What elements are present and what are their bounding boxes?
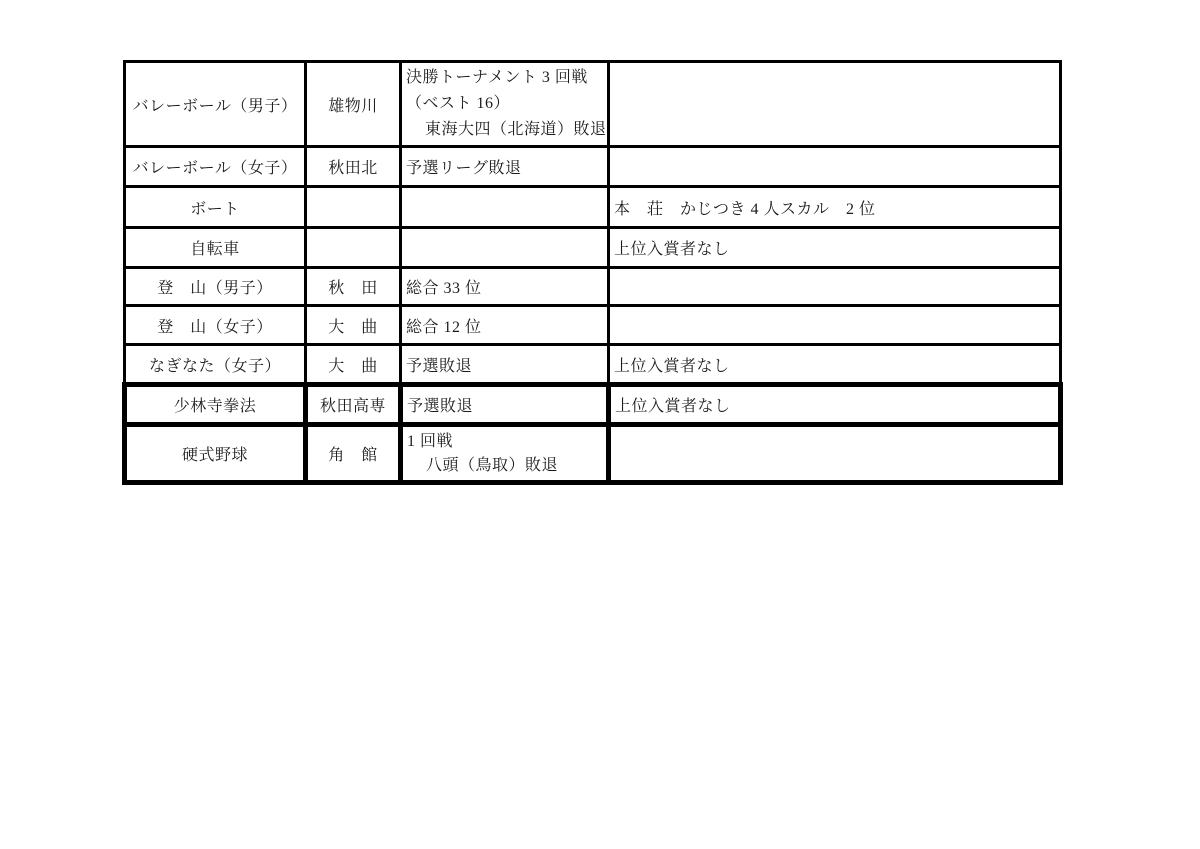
school-cell: 秋田北 bbox=[306, 147, 401, 187]
note-cell: 上位入賞者なし bbox=[609, 228, 1061, 268]
table-row: 少林寺拳法 秋田高専 予選敗退 上位入賞者なし bbox=[125, 385, 1061, 425]
school-cell bbox=[306, 228, 401, 268]
result-line: 八頭（鳥取）敗退 bbox=[407, 454, 602, 478]
school-cell: 大 曲 bbox=[306, 345, 401, 385]
school-cell bbox=[306, 187, 401, 228]
table-row: 硬式野球 角 館 1 回戦 八頭（鳥取）敗退 bbox=[125, 425, 1061, 483]
table-row: なぎなた（女子） 大 曲 予選敗退 上位入賞者なし bbox=[125, 345, 1061, 385]
result-cell: 決勝トーナメント 3 回戦 （ベスト 16） 東海大四（北海道）敗退 bbox=[401, 62, 609, 147]
result-cell bbox=[401, 187, 609, 228]
note-cell bbox=[609, 306, 1061, 345]
result-cell: 予選敗退 bbox=[401, 385, 609, 425]
note-cell bbox=[609, 62, 1061, 147]
note-cell: 本 荘 かじつき 4 人スカル 2 位 bbox=[609, 187, 1061, 228]
event-cell: バレーボール（男子） bbox=[125, 62, 306, 147]
event-cell: バレーボール（女子） bbox=[125, 147, 306, 187]
result-line: 決勝トーナメント 3 回戦 bbox=[406, 65, 603, 91]
note-cell bbox=[609, 147, 1061, 187]
school-cell: 角 館 bbox=[306, 425, 401, 483]
note-cell bbox=[609, 268, 1061, 306]
result-cell: 総合 12 位 bbox=[401, 306, 609, 345]
table-row: ボート 本 荘 かじつき 4 人スカル 2 位 bbox=[125, 187, 1061, 228]
result-cell: 1 回戦 八頭（鳥取）敗退 bbox=[401, 425, 609, 483]
result-cell: 予選敗退 bbox=[401, 345, 609, 385]
note-cell bbox=[609, 425, 1061, 483]
note-cell: 上位入賞者なし bbox=[609, 345, 1061, 385]
event-cell: 少林寺拳法 bbox=[125, 385, 306, 425]
result-line: 1 回戦 bbox=[407, 430, 602, 454]
event-cell: 硬式野球 bbox=[125, 425, 306, 483]
event-cell: なぎなた（女子） bbox=[125, 345, 306, 385]
table-row: バレーボール（女子） 秋田北 予選リーグ敗退 bbox=[125, 147, 1061, 187]
table-row: バレーボール（男子） 雄物川 決勝トーナメント 3 回戦 （ベスト 16） 東海… bbox=[125, 62, 1061, 147]
table-row: 登 山（男子） 秋 田 総合 33 位 bbox=[125, 268, 1061, 306]
result-cell: 予選リーグ敗退 bbox=[401, 147, 609, 187]
result-cell: 総合 33 位 bbox=[401, 268, 609, 306]
event-cell: 登 山（女子） bbox=[125, 306, 306, 345]
school-cell: 秋田高専 bbox=[306, 385, 401, 425]
table-row: 自転車 上位入賞者なし bbox=[125, 228, 1061, 268]
note-cell: 上位入賞者なし bbox=[609, 385, 1061, 425]
result-cell bbox=[401, 228, 609, 268]
school-cell: 大 曲 bbox=[306, 306, 401, 345]
table-row: 登 山（女子） 大 曲 総合 12 位 bbox=[125, 306, 1061, 345]
event-cell: ボート bbox=[125, 187, 306, 228]
event-cell: 自転車 bbox=[125, 228, 306, 268]
result-line: （ベスト 16） bbox=[406, 91, 603, 117]
school-cell: 秋 田 bbox=[306, 268, 401, 306]
result-line: 東海大四（北海道）敗退 bbox=[406, 117, 603, 143]
document-page: バレーボール（男子） 雄物川 決勝トーナメント 3 回戦 （ベスト 16） 東海… bbox=[0, 0, 1200, 849]
event-cell: 登 山（男子） bbox=[125, 268, 306, 306]
sports-results-table: バレーボール（男子） 雄物川 決勝トーナメント 3 回戦 （ベスト 16） 東海… bbox=[122, 60, 1063, 485]
school-cell: 雄物川 bbox=[306, 62, 401, 147]
